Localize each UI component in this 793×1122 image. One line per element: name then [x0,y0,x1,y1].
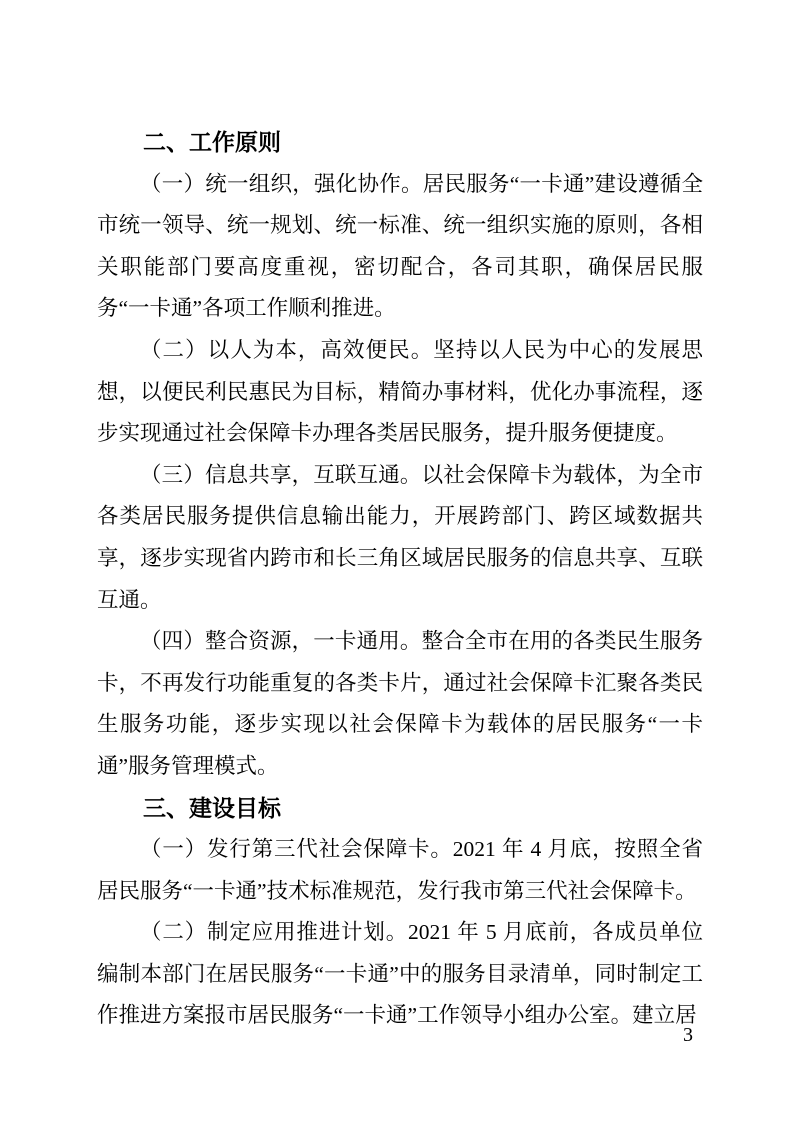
paragraph-application-promotion-plan: （二）制定应用推进计划。2021 年 5 月底前，各成员单位编制本部门在居民服务… [97,912,703,1037]
paragraph-resource-integration: （四）整合资源，一卡通用。整合全市在用的各类民生服务卡，不再发行功能重复的各类卡… [97,621,703,787]
document-body: 二、工作原则 （一）统一组织，强化协作。居民服务“一卡通”建设遵循全市统一领导、… [97,122,703,1037]
paragraph-people-oriented: （二）以人为本，高效便民。坚持以人民为中心的发展思想，以便民利民惠民为目标，精简… [97,330,703,455]
paragraph-third-gen-card-issuance: （一）发行第三代社会保障卡。2021 年 4 月底，按照全省居民服务“一卡通”技… [97,829,703,912]
document-page: 二、工作原则 （一）统一组织，强化协作。居民服务“一卡通”建设遵循全市统一领导、… [0,0,793,1122]
paragraph-unified-organization: （一）统一组织，强化协作。居民服务“一卡通”建设遵循全市统一领导、统一规划、统一… [97,164,703,330]
section-heading-work-principles: 二、工作原则 [97,122,703,164]
page-number: 3 [676,1024,700,1047]
section-heading-construction-goals: 三、建设目标 [97,788,703,830]
paragraph-information-sharing: （三）信息共享，互联互通。以社会保障卡为载体，为全市各类居民服务提供信息输出能力… [97,455,703,621]
